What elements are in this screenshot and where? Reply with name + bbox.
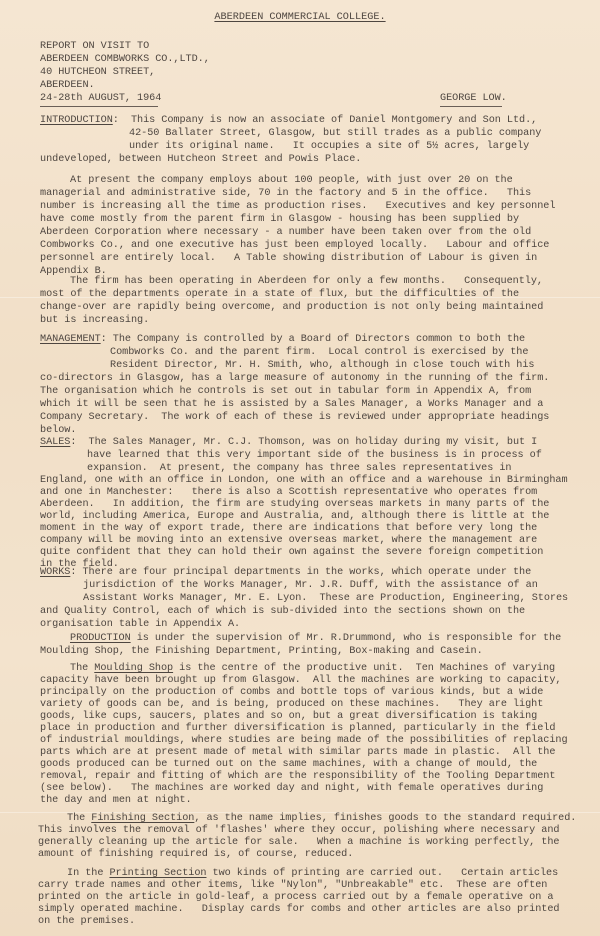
paragraph-line: jurisdiction of the Works Manager, Mr. J…: [83, 579, 538, 592]
paragraph-line: is under the supervision of Mr. R.Drummo…: [131, 633, 562, 644]
report-author: GEORGE LOW.: [440, 92, 507, 105]
paragraph-line: The firm has been operating in Aberdeen …: [70, 275, 543, 288]
paragraph-line: Assistant Works Manager, Mr. E. Lyon. Th…: [83, 592, 568, 605]
section-heading: INTRODUCTION: [40, 115, 113, 126]
section-heading: Printing Section: [109, 868, 206, 879]
paragraph-line: which it will be seen that he is assiste…: [40, 398, 543, 411]
paragraph-line: is the centre of the productive unit. Te…: [173, 663, 555, 674]
paragraph-line: and Quality Control, each of which is su…: [40, 605, 525, 618]
paragraph-line: Moulding Shop, the Finishing Department,…: [40, 645, 483, 658]
section-heading: Finishing Section: [91, 813, 194, 824]
paragraph-line: : There are four principal departments i…: [70, 567, 531, 578]
section-heading: Moulding Shop: [94, 663, 173, 674]
paragraph-line: under its original name. It occupies a s…: [129, 140, 529, 153]
document-page: ABERDEEN COMMERCIAL COLLEGE. REPORT ON V…: [0, 0, 600, 936]
section-heading: MANAGEMENT: [40, 334, 101, 345]
paragraph-line: : The Sales Manager, Mr. C.J. Thomson, w…: [70, 437, 537, 448]
paragraph-line: two kinds of printing are carried out. C…: [206, 868, 558, 879]
paragraph-line: co-directors in Glasgow, has a large mea…: [40, 372, 549, 385]
paragraph-line: , as the name implies, finishes goods to…: [194, 813, 576, 824]
paragraph-line: 42-50 Ballater Street, Glasgow, but stil…: [129, 127, 541, 140]
address-line: ABERDEEN COMBWORKS CO.,LTD.,: [40, 53, 210, 66]
paragraph-line: personnel are entirely local. A Table sh…: [40, 252, 537, 265]
report-date: 24-28th AUGUST, 1964: [40, 92, 161, 105]
paragraph-line: undeveloped, between Hutcheon Street and…: [40, 153, 361, 166]
address-line: REPORT ON VISIT TO: [40, 40, 149, 53]
address-line: ABERDEEN.: [40, 79, 95, 92]
paragraph-line: Resident Director, Mr. H. Smith, who, al…: [110, 359, 534, 372]
paragraph-line: managerial and administrative side, 70 i…: [40, 187, 531, 200]
paragraph-line: At present the company employs about 100…: [70, 174, 513, 187]
paragraph-line: have come mostly from the parent firm in…: [40, 213, 519, 226]
address-line: 40 HUTCHEON STREET,: [40, 66, 155, 79]
paragraph-line: but is increasing.: [40, 314, 149, 327]
section-heading: WORKS: [40, 567, 70, 578]
paragraph-line: Combworks Co. and the parent firm. Local…: [110, 346, 528, 359]
paragraph-line: the day and men at night.: [40, 794, 192, 807]
paragraph-line: : This Company is now an associate of Da…: [113, 115, 537, 126]
paragraph-line: Company Secretary. The work of each of t…: [40, 411, 549, 424]
paragraph-line: : The Company is controlled by a Board o…: [101, 334, 525, 345]
author-underline: [440, 106, 502, 107]
paragraph-line: Aberdeen Corporation where necessary - a…: [40, 226, 531, 239]
paragraph-line: have learned that this very important si…: [87, 449, 542, 462]
paragraph-line: change-over are rapidly being overcome, …: [40, 301, 543, 314]
section-heading: PRODUCTION: [70, 633, 131, 644]
paragraph-text: In the: [67, 868, 109, 879]
date-underline: [40, 106, 158, 107]
paragraph-line: The organisation which he controls is se…: [40, 385, 531, 398]
paragraph-line: amount of finishing required is, of cour…: [38, 848, 353, 861]
section-heading: SALES: [40, 437, 70, 448]
paragraph-line: Combworks Co., and one executive has jus…: [40, 239, 549, 252]
paragraph-line: most of the departments operate in a sta…: [40, 288, 519, 301]
paragraph-text: The: [67, 813, 91, 824]
paragraph-text: The: [70, 663, 94, 674]
paragraph-line: number is increasing all the time as pro…: [40, 200, 555, 213]
paragraph-line: organisation table in Appendix A.: [40, 618, 240, 631]
paragraph-line: on the premises.: [38, 915, 135, 928]
college-title: ABERDEEN COMMERCIAL COLLEGE.: [0, 12, 600, 23]
